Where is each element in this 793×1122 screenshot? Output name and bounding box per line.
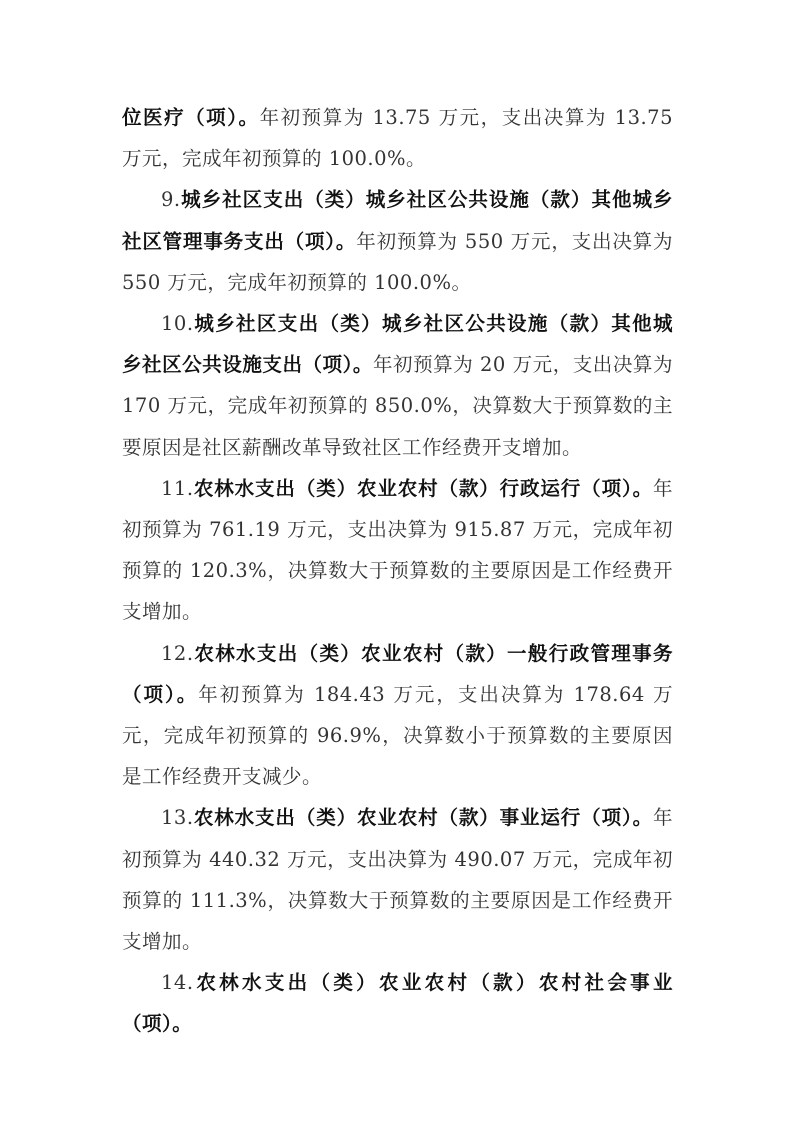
item-title: 农林水支出（类）农业农村（款）农村社会事业（项）。	[122, 971, 673, 1035]
item-number: 12.	[161, 642, 194, 665]
paragraph-item-12: 12.农林水支出（类）农业农村（款）一般行政管理事务（项）。年初预算为 184.…	[122, 633, 673, 798]
document-page: 位医疗（项）。年初预算为 13.75 万元，支出决算为 13.75 万元，完成年…	[122, 97, 673, 1045]
paragraph-item-13: 13.农林水支出（类）农业农村（款）事业运行（项）。年初预算为 440.32 万…	[122, 797, 673, 962]
item-number: 9.	[161, 188, 181, 211]
item-body: 年初预算为 184.43 万元，支出决算为 178.64 万元，完成年初预算的 …	[122, 683, 673, 788]
paragraph-item-8-continued: 位医疗（项）。年初预算为 13.75 万元，支出决算为 13.75 万元，完成年…	[122, 97, 673, 179]
paragraph-item-11: 11.农林水支出（类）农业农村（款）行政运行（项）。年初预算为 761.19 万…	[122, 468, 673, 633]
item-number: 14.	[161, 971, 194, 994]
item-title: 位医疗（项）。	[122, 106, 260, 129]
item-number: 11.	[161, 477, 194, 500]
paragraph-item-14: 14.农林水支出（类）农业农村（款）农村社会事业（项）。	[122, 962, 673, 1044]
paragraph-item-10: 10.城乡社区支出（类）城乡社区公共设施（款）其他城乡社区公共设施支出（项）。年…	[122, 303, 673, 468]
paragraph-item-9: 9.城乡社区支出（类）城乡社区公共设施（款）其他城乡社区管理事务支出（项）。年初…	[122, 179, 673, 303]
item-title: 农林水支出（类）农业农村（款）事业运行（项）。	[194, 806, 653, 829]
item-number: 10.	[161, 312, 194, 335]
item-number: 13.	[161, 806, 194, 829]
item-title: 农林水支出（类）农业农村（款）行政运行（项）。	[194, 477, 653, 500]
